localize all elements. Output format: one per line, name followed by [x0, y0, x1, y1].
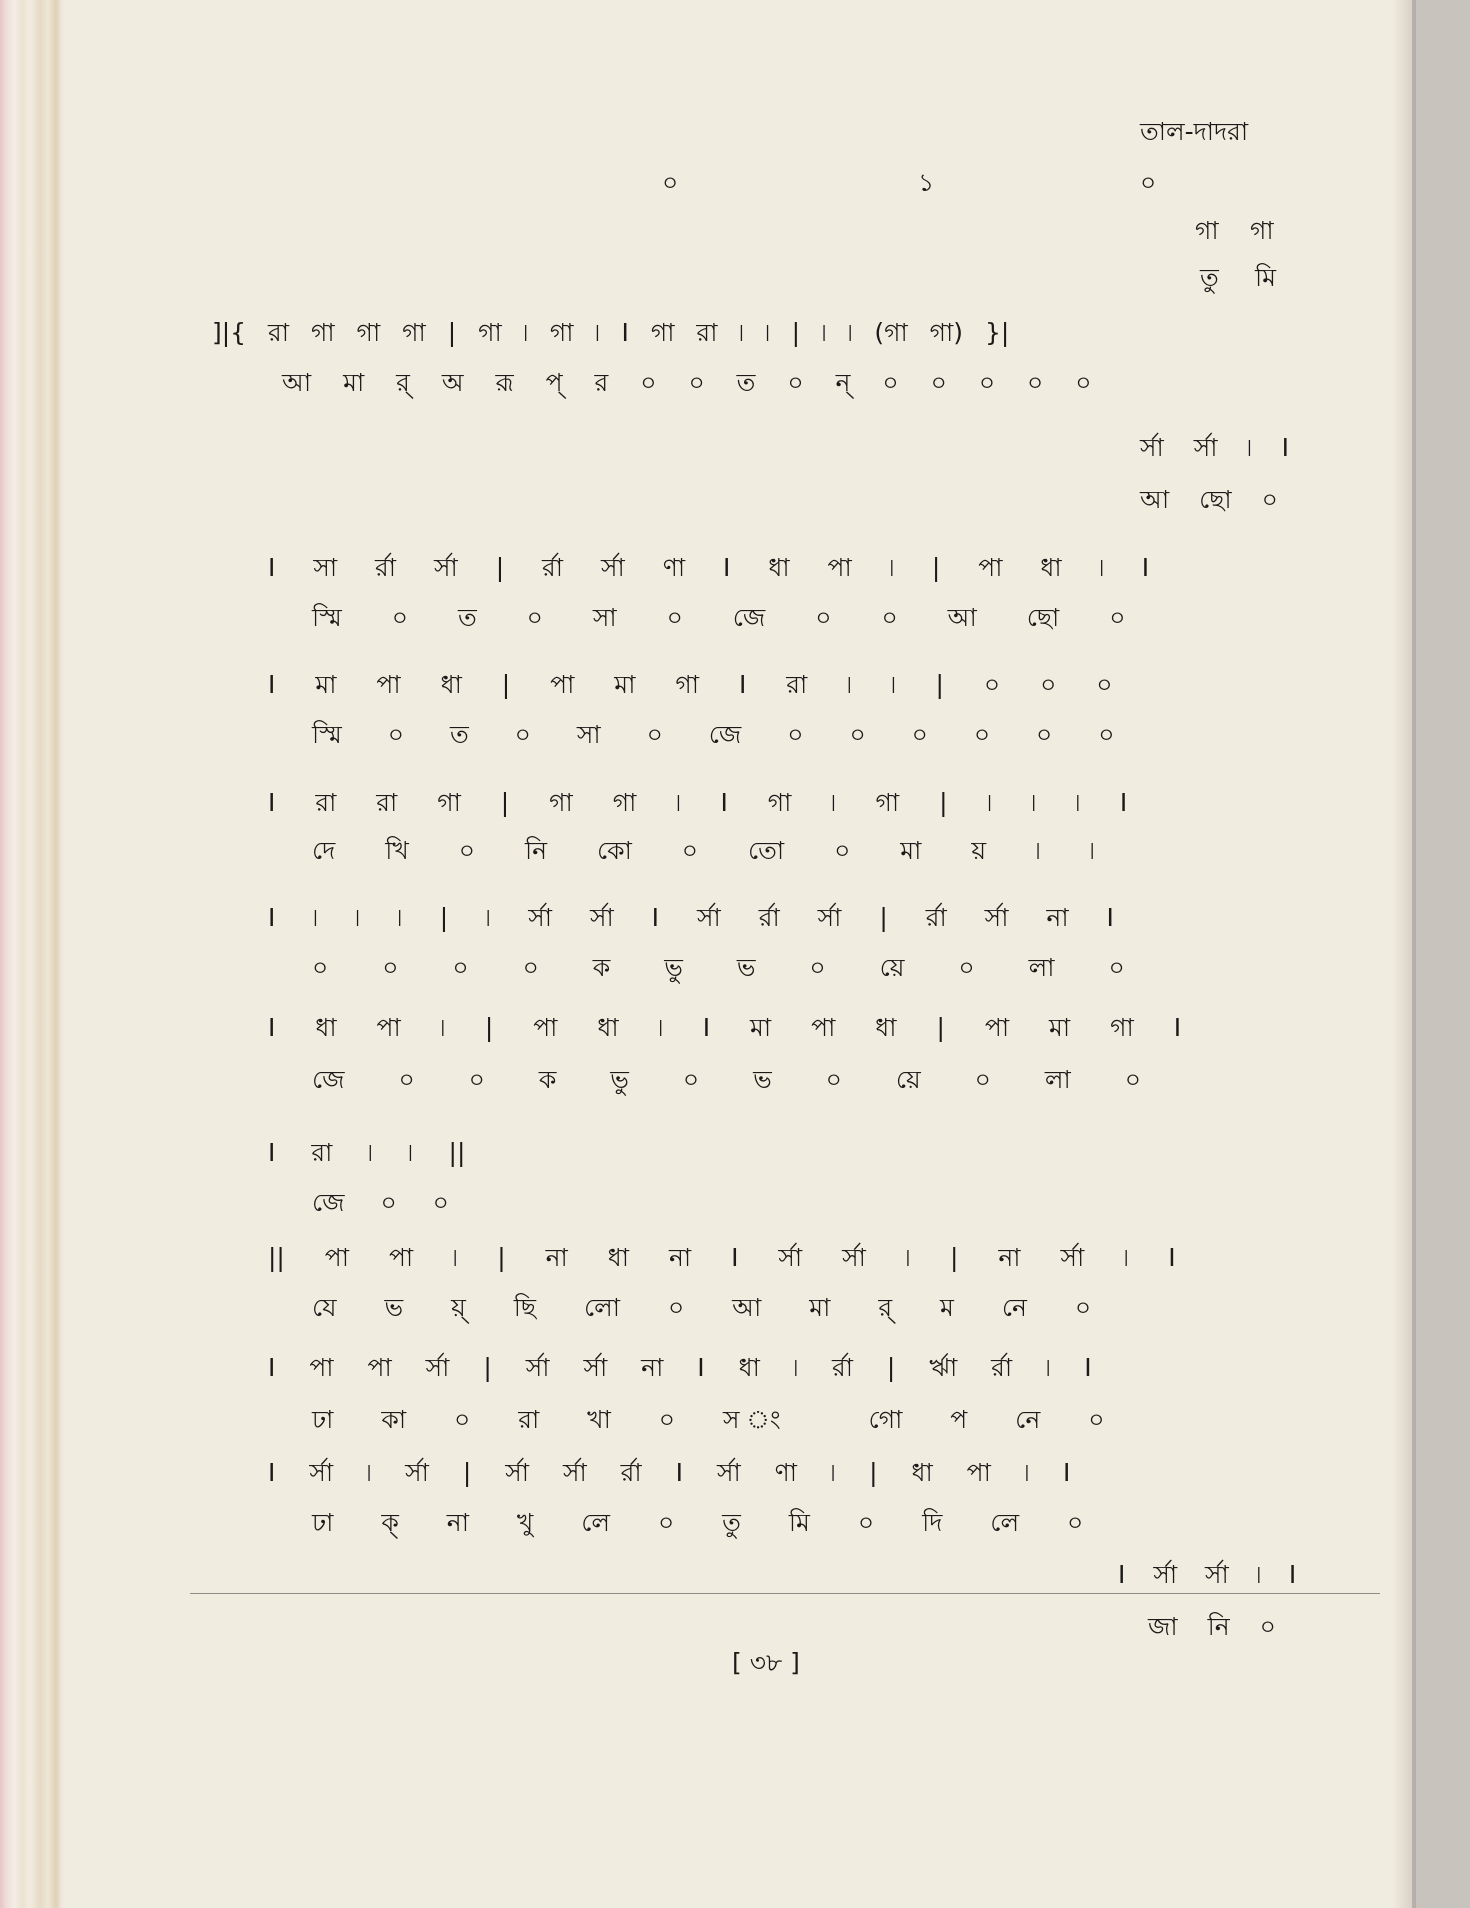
notation-line-3-notes: I সা র্রা র্সা | র্রা র্সা ণা I ধা পা ৷ … — [268, 555, 1149, 580]
notation-line-2-lyrics: আ ছো ০ — [1140, 487, 1278, 512]
notation-line-3-lyrics: স্মি ০ ত ০ সা ০ জে ০ ০ আ ছো ০ — [312, 605, 1126, 630]
footer-divider — [190, 1593, 1380, 1594]
page-number: [ ৩৮ ] — [732, 1643, 800, 1686]
notation-line-4-lyrics: স্মি ০ ত ০ সা ০ জে ০ ০ ০ ০ ০ ০ — [312, 722, 1115, 747]
book-page: তাল-দাদরা ০ ১ ০ গা গা তু মি ]|{ রা গা গা… — [0, 0, 1412, 1908]
notation-line-10-notes: I পা পা র্সা | র্সা র্সা না I ধা ৷ র্রা … — [268, 1355, 1092, 1380]
notation-line-6-lyrics: ০ ০ ০ ০ ক ভু ভ ০ য়ে ০ লা ০ — [312, 955, 1125, 980]
notation-line-5-notes: I রা রা গা | গা গা ৷ I গা ৷ গা | ৷ ৷ ৷ I — [268, 790, 1127, 815]
notation-line-5-lyrics: দে খি ০ নি কো ০ তো ০ মা য় ৷ ৷ — [312, 838, 1094, 863]
notation-line-9-lyrics: যে ভ য়্ ছি লো ০ আ মা র্ ম নে ০ — [312, 1295, 1091, 1320]
lyric: মি — [1255, 265, 1276, 290]
notation-line-8-lyrics: জে ০ ০ — [312, 1190, 449, 1215]
notation-line-9-notes: || পা পা ৷ | না ধা না I র্সা র্সা ৷ | না… — [268, 1245, 1176, 1270]
beat-marker: ১ — [918, 170, 934, 195]
notation-line-7-lyrics: জে ০ ০ ক ভু ০ ভ ০ য়ে ০ লা ০ — [312, 1067, 1141, 1092]
page-gutter-shadow — [1392, 0, 1416, 1908]
notation-line-6-notes: I ৷ ৷ ৷ | ৷ র্সা র্সা I র্সা র্রা র্সা |… — [268, 905, 1114, 930]
notation-line-1-notes: ]|{ রা গা গা গা | গা ৷ গা ৷ I গা রা ৷ ৷ … — [212, 320, 1009, 345]
note: গা — [1195, 218, 1219, 243]
beat-marker: ০ — [662, 170, 678, 195]
notation-line-8-notes: I রা ৷ ৷ || — [268, 1140, 465, 1165]
notation-line-10-lyrics: ঢা কা ০ রা খা ০ স ং গো প নে ০ — [312, 1407, 1104, 1432]
notation-line-4-notes: I মা পা ধা | পা মা গা I রা ৷ ৷ | ০ ০ ০ — [268, 672, 1113, 697]
notation-line-12-lyrics: জা নি ০ — [1148, 1614, 1276, 1639]
notation-line-2-notes: র্সা র্সা ৷ I — [1140, 435, 1289, 460]
beat-marker: ০ — [1140, 170, 1156, 195]
page-stack-edges — [0, 0, 66, 1908]
note: গা — [1250, 218, 1274, 243]
lyric: তু — [1200, 265, 1219, 290]
notation-line-11-lyrics: ঢা ক্ না খু লে ০ তু মি ০ দি লে ০ — [312, 1510, 1083, 1535]
notation-line-11-notes: I র্সা ৷ র্সা | র্সা র্সা র্রা I র্সা ণা… — [268, 1460, 1070, 1485]
notation-line-12-notes: I র্সা র্সা ৷ I — [1118, 1562, 1296, 1587]
notation-line-1-lyrics: আ মা র্ অ রূ প্ র ০ ০ ত ০ ন্ ০ ০ ০ ০ ০ — [282, 370, 1092, 395]
notation-line-7-notes: I ধা পা ৷ | পা ধা ৷ I মা পা ধা | পা মা গ… — [268, 1015, 1181, 1040]
tala-title: তাল-দাদরা — [1140, 112, 1248, 155]
